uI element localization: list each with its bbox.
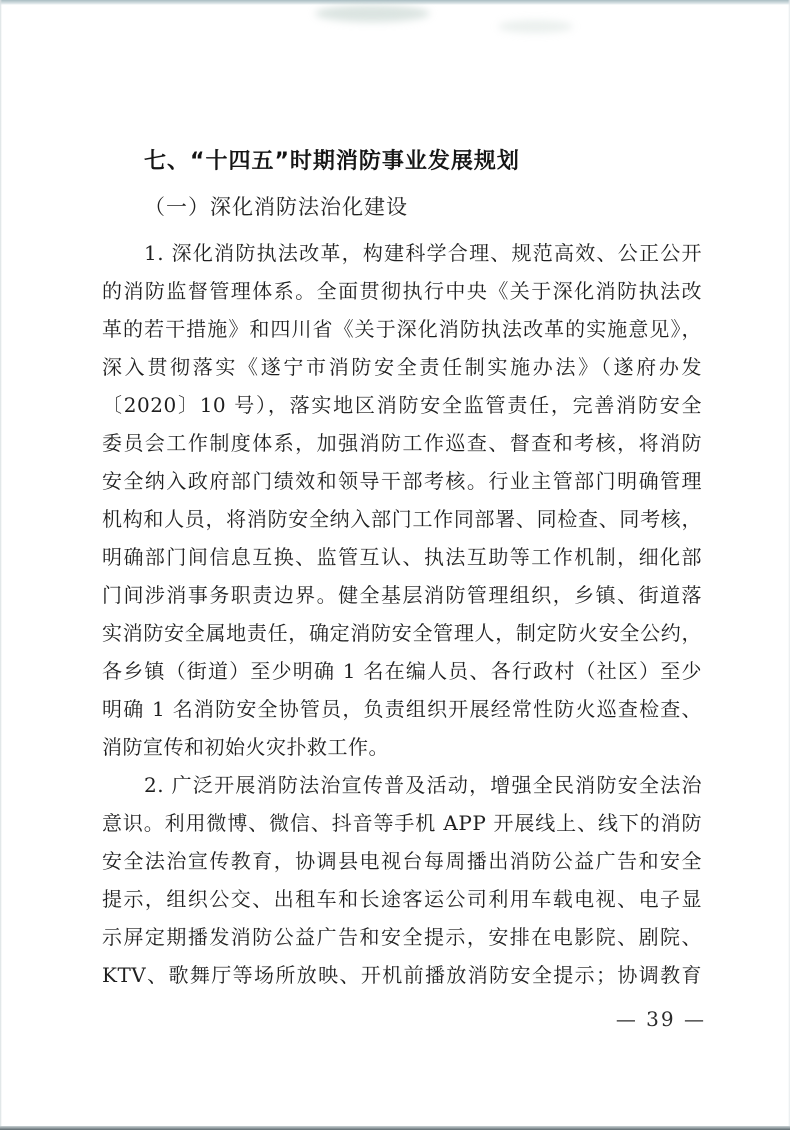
text-line: 委员会工作制度体系，加强消防工作巡查、督查和考核，将消防 <box>102 424 702 462</box>
text-line: 提示，组织公交、出租车和长途客运公司利用车载电视、电子显 <box>102 880 702 918</box>
text-line: 安全纳入政府部门绩效和领导干部考核。行业主管部门明确管理 <box>102 462 702 500</box>
paragraph: 2. 广泛开展消防法治宣传普及活动，增强全民消防安全法治意识。利用微博、微信、抖… <box>102 766 702 994</box>
section-heading: 七、“十四五”时期消防事业发展规划 <box>102 146 702 178</box>
text-line: 意识。利用微博、微信、抖音等手机 APP 开展线上、线下的消防 <box>102 804 702 842</box>
text-line: 实消防安全属地责任，确定消防安全管理人，制定防火安全公约， <box>102 614 702 652</box>
text-line: 门间涉消事务职责边界。健全基层消防管理组织，乡镇、街道落 <box>102 576 702 614</box>
document-content: 七、“十四五”时期消防事业发展规划 （一）深化消防法治化建设 1. 深化消防执法… <box>102 146 702 994</box>
text-line: 各乡镇（街道）至少明确 1 名在编人员、各行政村（社区）至少 <box>102 652 702 690</box>
text-line: 深入贯彻落实《遂宁市消防安全责任制实施办法》（遂府办发 <box>102 348 702 386</box>
subsection-heading: （一）深化消防法治化建设 <box>102 192 702 222</box>
text-line: KTV、歌舞厅等场所放映、开机前播放消防安全提示；协调教育 <box>102 956 702 994</box>
scan-smudge <box>498 20 573 33</box>
text-line: 机构和人员，将消防安全纳入部门工作同部署、同检查、同考核， <box>102 500 702 538</box>
scan-edge-bottom <box>0 1126 790 1130</box>
text-line: 2. 广泛开展消防法治宣传普及活动，增强全民消防安全法治 <box>102 766 702 804</box>
document-page: 七、“十四五”时期消防事业发展规划 （一）深化消防法治化建设 1. 深化消防执法… <box>0 0 790 1130</box>
text-line: 革的若干措施》和四川省《关于深化消防执法改革的实施意见》， <box>102 310 702 348</box>
text-line: 的消防监督管理体系。全面贯彻执行中央《关于深化消防执法改 <box>102 272 702 310</box>
body-paragraphs: 1. 深化消防执法改革，构建科学合理、规范高效、公正公开的消防监督管理体系。全面… <box>102 234 702 994</box>
text-line: 1. 深化消防执法改革，构建科学合理、规范高效、公正公开 <box>102 234 702 272</box>
scan-edge-top <box>0 0 790 5</box>
text-line: 明确 1 名消防安全协管员，负责组织开展经常性防火巡查检查、 <box>102 690 702 728</box>
scan-smudge <box>315 5 430 22</box>
text-line: 〔2020〕10 号），落实地区消防安全监管责任，完善消防安全 <box>102 386 702 424</box>
text-line: 安全法治宣传教育，协调县电视台每周播出消防公益广告和安全 <box>102 842 702 880</box>
text-line: 明确部门间信息互换、监管互认、执法互助等工作机制，细化部 <box>102 538 702 576</box>
scan-edge-left <box>0 0 2 1130</box>
page-number: — 39 — <box>616 1006 706 1032</box>
text-line: 消防宣传和初始火灾扑救工作。 <box>102 728 702 766</box>
text-line: 示屏定期播发消防公益广告和安全提示，安排在电影院、剧院、 <box>102 918 702 956</box>
paragraph: 1. 深化消防执法改革，构建科学合理、规范高效、公正公开的消防监督管理体系。全面… <box>102 234 702 766</box>
